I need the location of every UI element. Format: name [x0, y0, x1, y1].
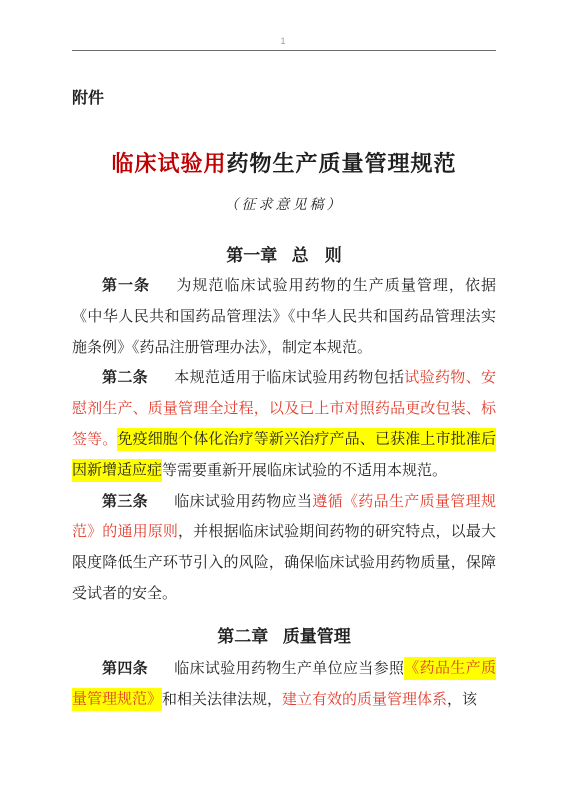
- article-2-number: 第二条: [102, 370, 148, 386]
- document-title: 临床试验用药物生产质量管理规范: [72, 148, 496, 180]
- document-subtitle: （征求意见稿）: [72, 195, 496, 216]
- attachment-label: 附件: [72, 88, 496, 109]
- article-4-number: 第四条: [102, 661, 148, 677]
- text-run: ，该: [447, 692, 477, 708]
- chapter-2-number: 第二章: [217, 627, 268, 646]
- article-2-paragraph: 第二条本规范适用于临床试验用药物包括试验药物、安慰剂生产、质量管理全过程，以及已…: [72, 363, 496, 486]
- document-title-red-part: 临床试验用: [111, 151, 226, 176]
- article-3-number: 第三条: [102, 494, 148, 510]
- document-page: 1 附件 临床试验用药物生产质量管理规范 （征求意见稿） 第一章总 则 第一条为…: [0, 0, 566, 800]
- chapter-1-name: 总 则: [292, 246, 342, 265]
- document-content: 附件 临床试验用药物生产质量管理规范 （征求意见稿） 第一章总 则 第一条为规范…: [72, 0, 496, 715]
- chapter-2-heading: 第二章质量管理: [72, 624, 496, 649]
- article-1-number: 第一条: [102, 278, 150, 294]
- text-run: 和相关法律法规，: [162, 692, 282, 708]
- chapter-2-name: 质量管理: [283, 627, 351, 646]
- chapter-1-heading: 第一章总 则: [72, 243, 496, 268]
- chapter-1-number: 第一章: [226, 246, 277, 265]
- text-run: 等需要重新开展临床试验的不适用本规范。: [162, 463, 447, 479]
- text-run: 临床试验用药物生产单位应当参照: [174, 661, 404, 677]
- text-run-red: 建立有效的质量管理体系: [282, 692, 447, 708]
- document-title-black-part: 药物生产质量管理规范: [227, 151, 457, 176]
- text-run: 本规范适用于临床试验用药物包括: [174, 370, 404, 386]
- article-4-paragraph: 第四条临床试验用药物生产单位应当参照《药品生产质量管理规范》和相关法律法规，建立…: [72, 654, 496, 716]
- article-1-paragraph: 第一条为规范临床试验用药物的生产质量管理，依据《中华人民共和国药品管理法》《中华…: [72, 271, 496, 363]
- article-3-paragraph: 第三条临床试验用药物应当遵循《药品生产质量管理规范》的通用原则，并根据临床试验期…: [72, 487, 496, 610]
- text-run: 临床试验用药物应当: [174, 494, 312, 510]
